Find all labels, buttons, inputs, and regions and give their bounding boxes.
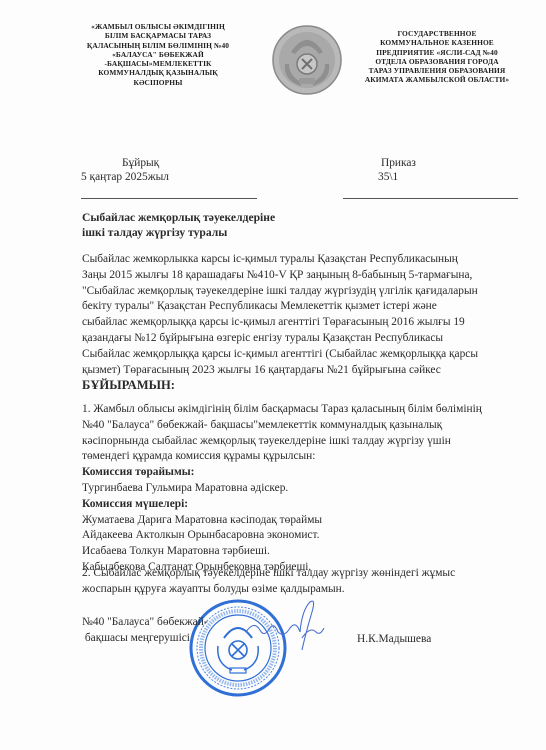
document-page: «ЖАМБЫЛ ОБЛЫСЫ ӘКІМДІГІНІҢ БІЛІМ БАСҚАРМ… — [0, 0, 546, 750]
header-ru-line: АКИМАТА ЖАМБЫЛСКОЙ ОБЛАСТИ» — [356, 75, 518, 84]
order-title: Сыбайлас жемқорлық тәуекелдеріне ішкі та… — [82, 211, 275, 240]
members-heading: Комиссия мүшелері: — [82, 497, 542, 513]
header-kz-line: КОММУНАЛДЫҚ ҚАЗЫНАЛЫҚ — [78, 68, 238, 77]
member-item: Исабаева Толкун Маратовна тәрбиеші. — [82, 544, 542, 560]
order-date: 5 қаңтар 2025жыл — [81, 170, 169, 184]
title-line: ішкі талдау жүргізу туралы — [82, 226, 275, 241]
header-ru-line: ТАРАЗ УПРАВЛЕНИЯ ОБРАЗОВАНИЯ — [356, 66, 518, 75]
chair-name: Тургинбаева Гульмира Маратовна әдіскер. — [82, 481, 542, 497]
header-kz-line: БІЛІМ БАСҚАРМАСЫ ТАРАЗ — [78, 31, 238, 40]
header-kz-line: ҚАЛАСЫНЫҢ БІЛІМ БӨЛІМІНІҢ №40 — [78, 41, 238, 50]
command-heading: БҰЙЫРАМЫН: — [82, 378, 542, 394]
item1-line: төмендегі құрамда комиссия құрамы құрылс… — [82, 449, 542, 465]
header-kazakh: «ЖАМБЫЛ ОБЛЫСЫ ӘКІМДІГІНІҢ БІЛІМ БАСҚАРМ… — [78, 22, 238, 87]
signer-name: Н.К.Мадышева — [357, 632, 431, 646]
header-ru-line: ГОСУДАРСТВЕННОЕ — [356, 29, 518, 38]
item2-line: 2. Сыбайлас жемқорлық тәуекелдеріне ішкі… — [82, 566, 542, 582]
preamble-line: Заңы 2015 жылғы 18 қарашадағы №410-V ҚР … — [82, 268, 542, 284]
preamble-line: "Сыбайлас жемқорлық тәуекелдеріне ішкі т… — [82, 284, 542, 300]
date-underline — [81, 198, 257, 199]
preamble-line: бекіту туралы" Қазақстан Республикасы Ме… — [82, 299, 542, 315]
item1-line: 1. Жамбыл облысы әкімдігінің білім басқа… — [82, 402, 542, 418]
member-item: Айдакеева Актолкын Орынбасаровна экономи… — [82, 528, 542, 544]
preamble-line: Сыбайлас жемкорлыкка карсы іс-қимыл тура… — [82, 252, 542, 268]
item-1: 1. Жамбыл облысы әкімдігінің білім басқа… — [82, 402, 542, 576]
header-ru-line: ОТДЕЛА ОБРАЗОВАНИЯ ГОРОДА — [356, 57, 518, 66]
signer-position-line: №40 "Балауса" бөбекжай- — [82, 615, 542, 631]
preamble-line: сыбайлас жемқорлыққа қарсы іс-қимыл аген… — [82, 315, 542, 331]
item1-line: кәсіпорнында сыбайлас жемқорлық тәуекелд… — [82, 434, 542, 450]
item2-line: жоспарын құруға жауапты болуды өзіме қал… — [82, 582, 542, 598]
preamble-line: қазандағы №12 бұйрығына өзгеріс енгізу т… — [82, 331, 542, 347]
preamble-line: қызмет) Төрағасының 2023 жылғы 16 қаңтар… — [82, 363, 542, 379]
header-kz-line: -БАҚШАСЫ»МЕМЛЕКЕТТІК — [78, 59, 238, 68]
order-label-ru: Приказ — [381, 156, 416, 170]
title-line: Сыбайлас жемқорлық тәуекелдеріне — [82, 211, 275, 226]
header-kz-line: КӘСІПОРНЫ — [78, 78, 238, 87]
header-kz-line: «ЖАМБЫЛ ОБЛЫСЫ ӘКІМДІГІНІҢ — [78, 22, 238, 31]
member-item: Жуматаева Дарига Маратовна кәсіподақ төр… — [82, 513, 542, 529]
header-russian: ГОСУДАРСТВЕННОЕ КОММУНАЛЬНОЕ КАЗЕННОЕ ПР… — [356, 29, 518, 85]
item-2: 2. Сыбайлас жемқорлық тәуекелдеріне ішкі… — [82, 566, 542, 598]
chair-heading: Комиссия төрайымы: — [82, 465, 542, 481]
order-label-kz: Бұйрық — [122, 156, 159, 170]
signer-position-line: бақшасы меңгерушісі — [82, 631, 542, 647]
item1-line: №40 "Балауса" бөбекжай- бақшасы"мемлекет… — [82, 418, 542, 434]
header-ru-line: КОММУНАЛЬНОЕ КАЗЕННОЕ — [356, 38, 518, 47]
preamble-line: Сыбайлас жемқорлыққа қарсы іс-қимыл аген… — [82, 347, 542, 363]
header-kz-line: «БАЛАУСА" БӨБЕКЖАЙ — [78, 50, 238, 59]
signature-block: №40 "Балауса" бөбекжай- бақшасы меңгеруш… — [82, 615, 542, 647]
header-ru-line: ПРЕДПРИЯТИЕ «ЯСЛИ-САД №40 — [356, 48, 518, 57]
order-number: 35\1 — [378, 170, 398, 184]
preamble: Сыбайлас жемкорлыкка карсы іс-қимыл тура… — [82, 252, 542, 394]
number-underline — [343, 198, 518, 199]
state-emblem-icon — [271, 24, 343, 96]
